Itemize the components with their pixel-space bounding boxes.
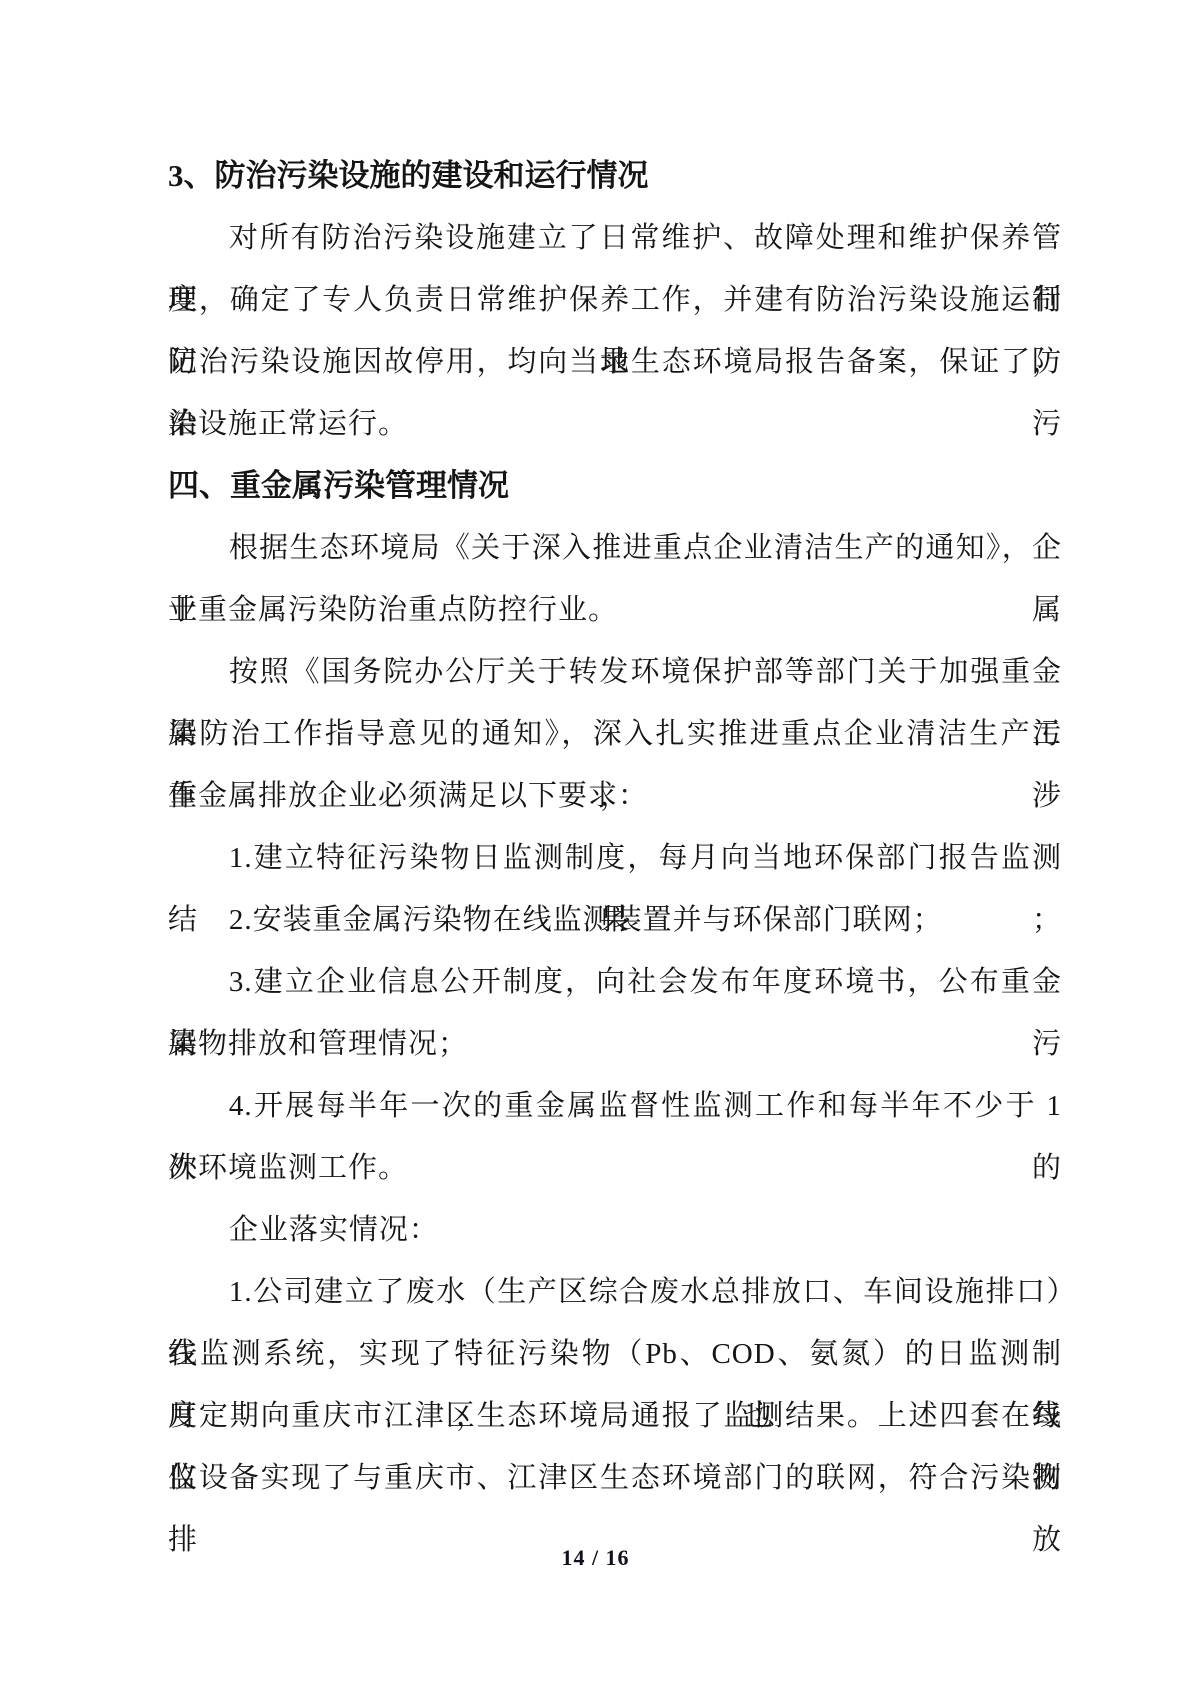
list-item-1: 1.建立特征污染物日监测制度，每月向当地环保部门报告监测结果； (168, 827, 1062, 889)
list-item-4: 4.开展每半年一次的重金属监督性监测工作和每半年不少于 1 次的 (168, 1075, 1062, 1137)
text-line: 度，确定了专人负责日常维护保养工作，并建有防治污染设施运行记录， (168, 269, 1062, 331)
text-line: 月定期向重庆市江津区生态环境局通报了监测结果。上述四套在线监测 (168, 1385, 1062, 1447)
section-heading-pollution-facilities: 3、防治污染设施的建设和运行情况 (168, 145, 1062, 207)
text-line: 企业落实情况： (168, 1199, 1062, 1261)
list-item-3: 3.建立企业信息公开制度，向社会发布年度环境书，公布重金属污 (168, 951, 1062, 1013)
list-item-2: 2.安装重金属污染物在线监测装置并与环保部门联网； (168, 889, 1062, 951)
text-line: 按照《国务院办公厅关于转发环境保护部等部门关于加强重金属污 (168, 641, 1062, 703)
page-number: 14 / 16 (0, 1545, 1191, 1571)
text-line: 根据生态环境局《关于深入推进重点企业清洁生产的通知》，企业属 (168, 517, 1062, 579)
text-line: 对所有防治污染设施建立了日常维护、故障处理和维护保养管理制 (168, 207, 1062, 269)
text-line: 染防治工作指导意见的通知》，深入扎实推进重点企业清洁生产工作，涉 (168, 703, 1062, 765)
list-item-company-1: 1.公司建立了废水（生产区综合废水总排放口、车间设施排口）在 (168, 1261, 1062, 1323)
text-line: 线监测系统，实现了特征污染物（Pb、COD、氨氮）的日监测制度，也每 (168, 1323, 1062, 1385)
document-body: 3、防治污染设施的建设和运行情况 对所有防治污染设施建立了日常维护、故障处理和维… (168, 145, 1062, 1509)
document-page: 3、防治污染设施的建设和运行情况 对所有防治污染设施建立了日常维护、故障处理和维… (0, 0, 1191, 1684)
text-line: 防治污染设施因故停用，均向当地生态环境局报告备案，保证了防治污 (168, 331, 1062, 393)
section-heading-heavy-metal: 四、重金属污染管理情况 (168, 455, 1062, 517)
text-line: 仪设备实现了与重庆市、江津区生态环境部门的联网，符合污染物排放 (168, 1447, 1062, 1509)
